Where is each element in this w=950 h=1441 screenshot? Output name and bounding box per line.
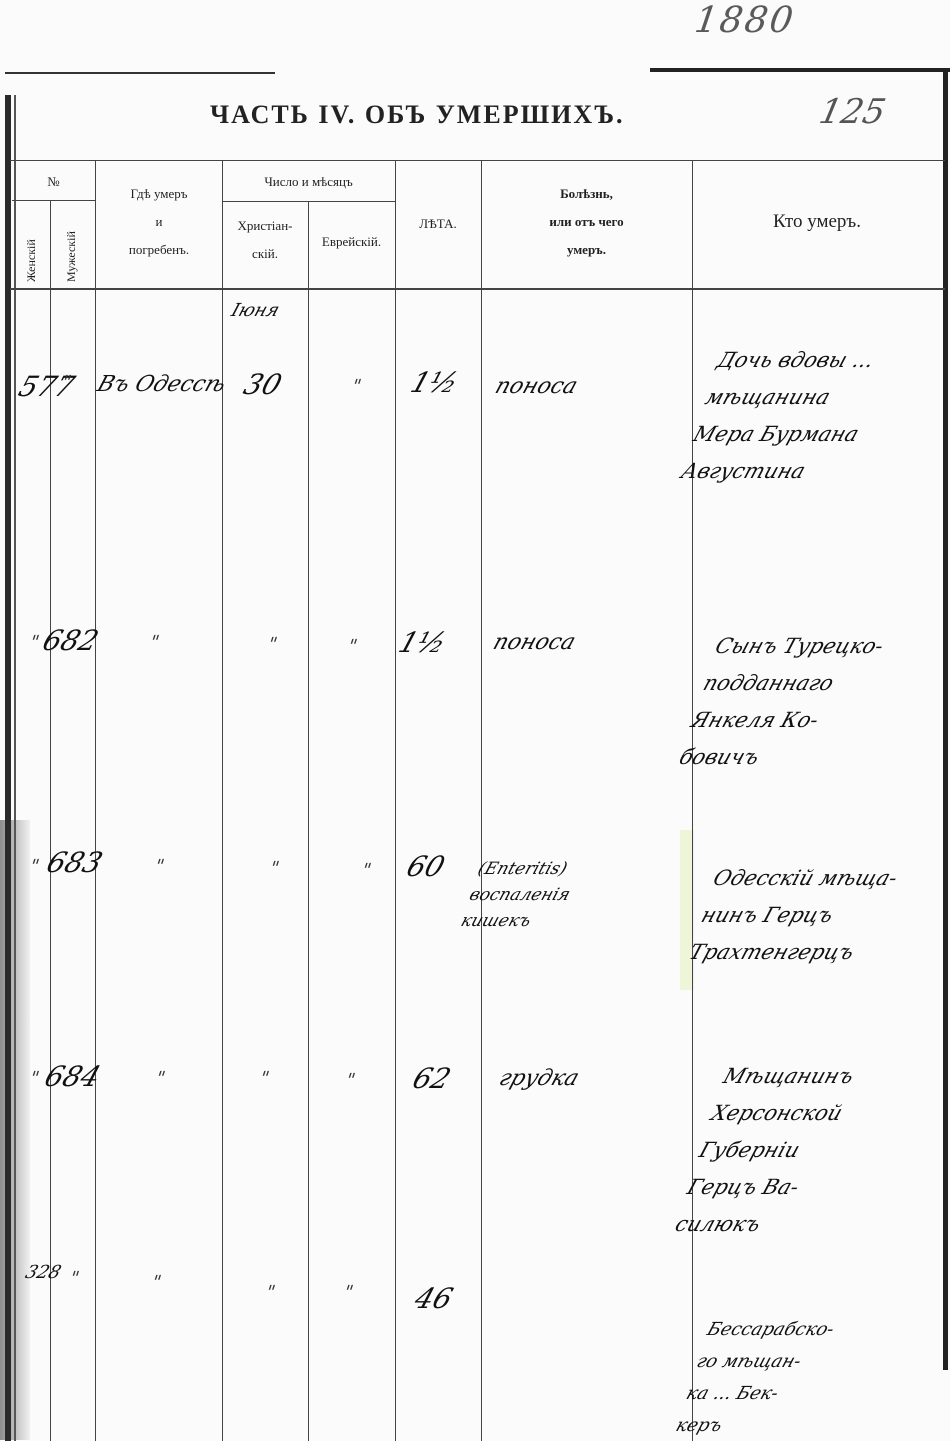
entry-1-who: Дочь вдовы ... мѣщанина Мера Бурмана Авг…	[676, 342, 888, 490]
entry-5-age: 46	[411, 1282, 457, 1315]
entry-5-where: "	[149, 1272, 164, 1293]
header-where: Гдѣ умеръ и погребенъ.	[96, 180, 222, 264]
col-divider-age-cause	[481, 160, 482, 1441]
entry-4-age: 62	[409, 1062, 455, 1095]
header-cause-line2: или отъ чего	[481, 208, 692, 236]
left-border	[5, 95, 11, 1441]
entry-1-who-line3: Мера Бурмана	[688, 416, 864, 453]
entry-2-who-line3: Янкеля Ко-	[686, 702, 865, 739]
entry-4-christian-date: "	[257, 1068, 272, 1089]
entry-3-christian-date: "	[267, 858, 282, 879]
entry-5-who-line4: керъ	[671, 1410, 807, 1441]
entry-4-who: Мѣщанинъ Херсонской Губерніи Герцъ Ва- с…	[670, 1058, 860, 1243]
entry-2-christian-date: "	[265, 634, 280, 655]
number-subheader-rule	[12, 200, 95, 201]
entry-2-jewish-date: "	[345, 636, 360, 657]
entry-5-male-no: "	[67, 1268, 82, 1289]
entry-2-where: "	[147, 632, 162, 653]
entry-3-male-no: 683	[43, 846, 107, 879]
entry-5-female-no: 328	[23, 1262, 64, 1283]
entry-5-jewish-date: "	[341, 1282, 356, 1303]
col-divider-date-age	[395, 160, 396, 1441]
header-date-group: Число и мѣсяцъ	[222, 168, 395, 196]
header-cause-line1: Болѣзнь,	[481, 180, 692, 208]
header-where-line3: погребенъ.	[96, 236, 222, 264]
right-border	[943, 70, 948, 1370]
header-bottom-rule	[10, 288, 945, 290]
header-age: ЛѢТА.	[395, 210, 481, 238]
top-rule-left	[5, 72, 275, 74]
entry-1-who-line4: Августина	[676, 453, 852, 490]
header-cause-line3: умеръ.	[481, 236, 692, 264]
header-where-line1: Гдѣ умеръ	[96, 180, 222, 208]
page-title: ЧАСТЬ IV. ОБЪ УМЕРШИХЪ.	[210, 100, 625, 130]
entry-4-who-line5: силюкъ	[670, 1206, 812, 1243]
entry-5-who-line3: ка ... Бек-	[682, 1378, 818, 1410]
header-christian: Христіан- скій.	[222, 212, 308, 268]
entry-2-male-no: 682	[39, 624, 103, 657]
entry-4-who-line1: Мѣщанинъ	[718, 1058, 860, 1095]
entry-2-who-line4: бовичъ	[674, 739, 853, 776]
col-divider-number-where	[95, 160, 96, 1441]
header-top-rule	[10, 160, 945, 161]
entry-5-christian-date: "	[263, 1282, 278, 1303]
year-note: 1880	[692, 0, 797, 41]
entry-5-who-line2: го мѣщан-	[692, 1346, 828, 1378]
entry-1-christian-date: 30	[240, 368, 286, 401]
page-number: 125	[816, 92, 889, 132]
entry-1-jewish-date: "	[349, 376, 364, 397]
entry-1-age: 1½	[407, 366, 463, 399]
entry-1-where: Въ Одессѣ	[94, 372, 229, 397]
entry-1-who-line2: мѣщанина	[700, 379, 876, 416]
entry-4-who-line4: Герцъ Ва-	[682, 1169, 824, 1206]
header-christian-line1: Христіан-	[222, 212, 308, 240]
header-female: Женскій	[24, 212, 39, 282]
entry-2-who-line1: Сынъ Турецко-	[710, 628, 889, 665]
header-cause: Болѣзнь, или отъ чего умеръ.	[481, 180, 692, 264]
entry-2-female-no: "	[27, 632, 42, 653]
top-rule-right	[650, 68, 950, 72]
entry-2-who: Сынъ Турецко- подданнаго Янкеля Ко- бови…	[674, 628, 889, 776]
month-note: Іюня	[229, 300, 283, 321]
entry-4-cause: грудка	[496, 1066, 582, 1091]
entry-5-who-line1: Бессарабско-	[702, 1314, 838, 1346]
entry-3-where: "	[152, 856, 167, 877]
entry-3-cause-line3: кишекъ	[457, 908, 565, 934]
col-divider-christian-jewish	[308, 201, 309, 1441]
entry-3-cause-line1: (Enteritis)	[474, 856, 582, 882]
entry-3-cause: (Enteritis) воспаленія кишекъ	[457, 856, 582, 934]
entry-1-cause: поноса	[492, 374, 581, 399]
entry-3-jewish-date: "	[359, 860, 374, 881]
entry-3-who-line3: Трахтенгерцъ	[684, 934, 879, 971]
entry-4-where: "	[153, 1068, 168, 1089]
entry-3-cause-line2: воспаленія	[466, 882, 574, 908]
entry-3-who: Одесскій мѣща- нинъ Герцъ Трахтенгерцъ	[684, 860, 903, 971]
entry-2-who-line2: подданнаго	[698, 665, 877, 702]
left-border-inner	[14, 95, 16, 1441]
entry-4-male-no: 684	[41, 1060, 105, 1093]
header-number: №	[12, 168, 95, 196]
header-christian-line2: скій.	[222, 240, 308, 268]
col-divider-cause-who	[692, 160, 693, 1441]
entry-4-who-line2: Херсонской	[706, 1095, 848, 1132]
header-male: Мужескій	[64, 212, 79, 282]
header-who: Кто умеръ.	[692, 208, 942, 236]
entry-4-jewish-date: "	[343, 1070, 358, 1091]
header-where-line2: и	[96, 208, 222, 236]
header-jewish: Еврейскій.	[308, 228, 395, 256]
entry-3-who-line2: нинъ Герцъ	[696, 897, 891, 934]
entry-3-who-line1: Одесскій мѣща-	[708, 860, 903, 897]
entry-2-cause: поноса	[490, 630, 579, 655]
entry-2-age: 1½	[395, 626, 451, 659]
col-divider-where-date	[222, 160, 223, 1441]
entry-5-who: Бессарабско- го мѣщан- ка ... Бек- керъ	[671, 1314, 838, 1441]
entry-4-who-line3: Губерніи	[694, 1132, 836, 1169]
entry-3-age: 60	[403, 850, 449, 883]
entry-1-who-line1: Дочь вдовы ...	[712, 342, 888, 379]
